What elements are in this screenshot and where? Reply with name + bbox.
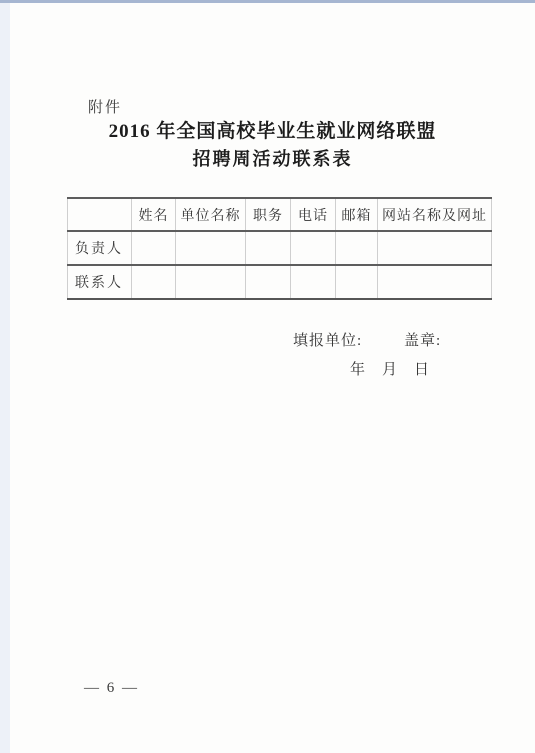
attachment-label: 附件 <box>88 96 122 117</box>
empty-cell <box>336 231 378 265</box>
page-number: — 6 — <box>84 680 139 697</box>
column-header-website: 网站名称及网址 <box>378 198 492 231</box>
day-label: 日 <box>414 358 429 379</box>
empty-cell <box>246 231 291 265</box>
column-header-unit: 单位名称 <box>176 198 246 231</box>
column-header-phone: 电话 <box>291 198 336 231</box>
title-line-1: 2016 年全国高校毕业生就业网络联盟 <box>10 118 535 146</box>
empty-cell <box>132 265 176 299</box>
row-label-contact-person: 联系人 <box>68 265 132 299</box>
empty-cell <box>378 231 492 265</box>
empty-cell <box>378 265 492 299</box>
column-header-name: 姓名 <box>132 198 176 231</box>
title-line-2: 招聘周活动联系表 <box>10 146 535 172</box>
empty-cell <box>176 231 246 265</box>
year-label: 年 <box>350 358 365 379</box>
column-header-email: 邮箱 <box>336 198 378 231</box>
contact-table: 姓名 单位名称 职务 电话 邮箱 网站名称及网址 负责人 联系人 <box>67 197 492 300</box>
empty-cell <box>246 265 291 299</box>
empty-cell <box>132 231 176 265</box>
scan-edge-left <box>0 3 10 753</box>
empty-cell <box>336 265 378 299</box>
empty-cell <box>291 231 336 265</box>
scan-edge-top <box>0 0 535 3</box>
seal-label: 盖章: <box>404 329 441 350</box>
month-label: 月 <box>382 358 397 379</box>
document-page: { "page": { "attachment_label": "附件", "t… <box>0 0 535 753</box>
table-row: 负责人 <box>68 231 492 265</box>
table-header-row: 姓名 单位名称 职务 电话 邮箱 网站名称及网址 <box>68 198 492 231</box>
document-title: 2016 年全国高校毕业生就业网络联盟 招聘周活动联系表 <box>10 118 535 172</box>
fill-unit-label: 填报单位: <box>293 333 362 349</box>
empty-cell <box>176 265 246 299</box>
date-line: 年 月 日 <box>350 358 429 379</box>
table-row: 联系人 <box>68 265 492 299</box>
footer-fill-line: 填报单位: 盖章: <box>293 329 493 350</box>
row-label-person-in-charge: 负责人 <box>68 231 132 265</box>
column-header-blank <box>68 198 132 231</box>
column-header-position: 职务 <box>246 198 291 231</box>
empty-cell <box>291 265 336 299</box>
